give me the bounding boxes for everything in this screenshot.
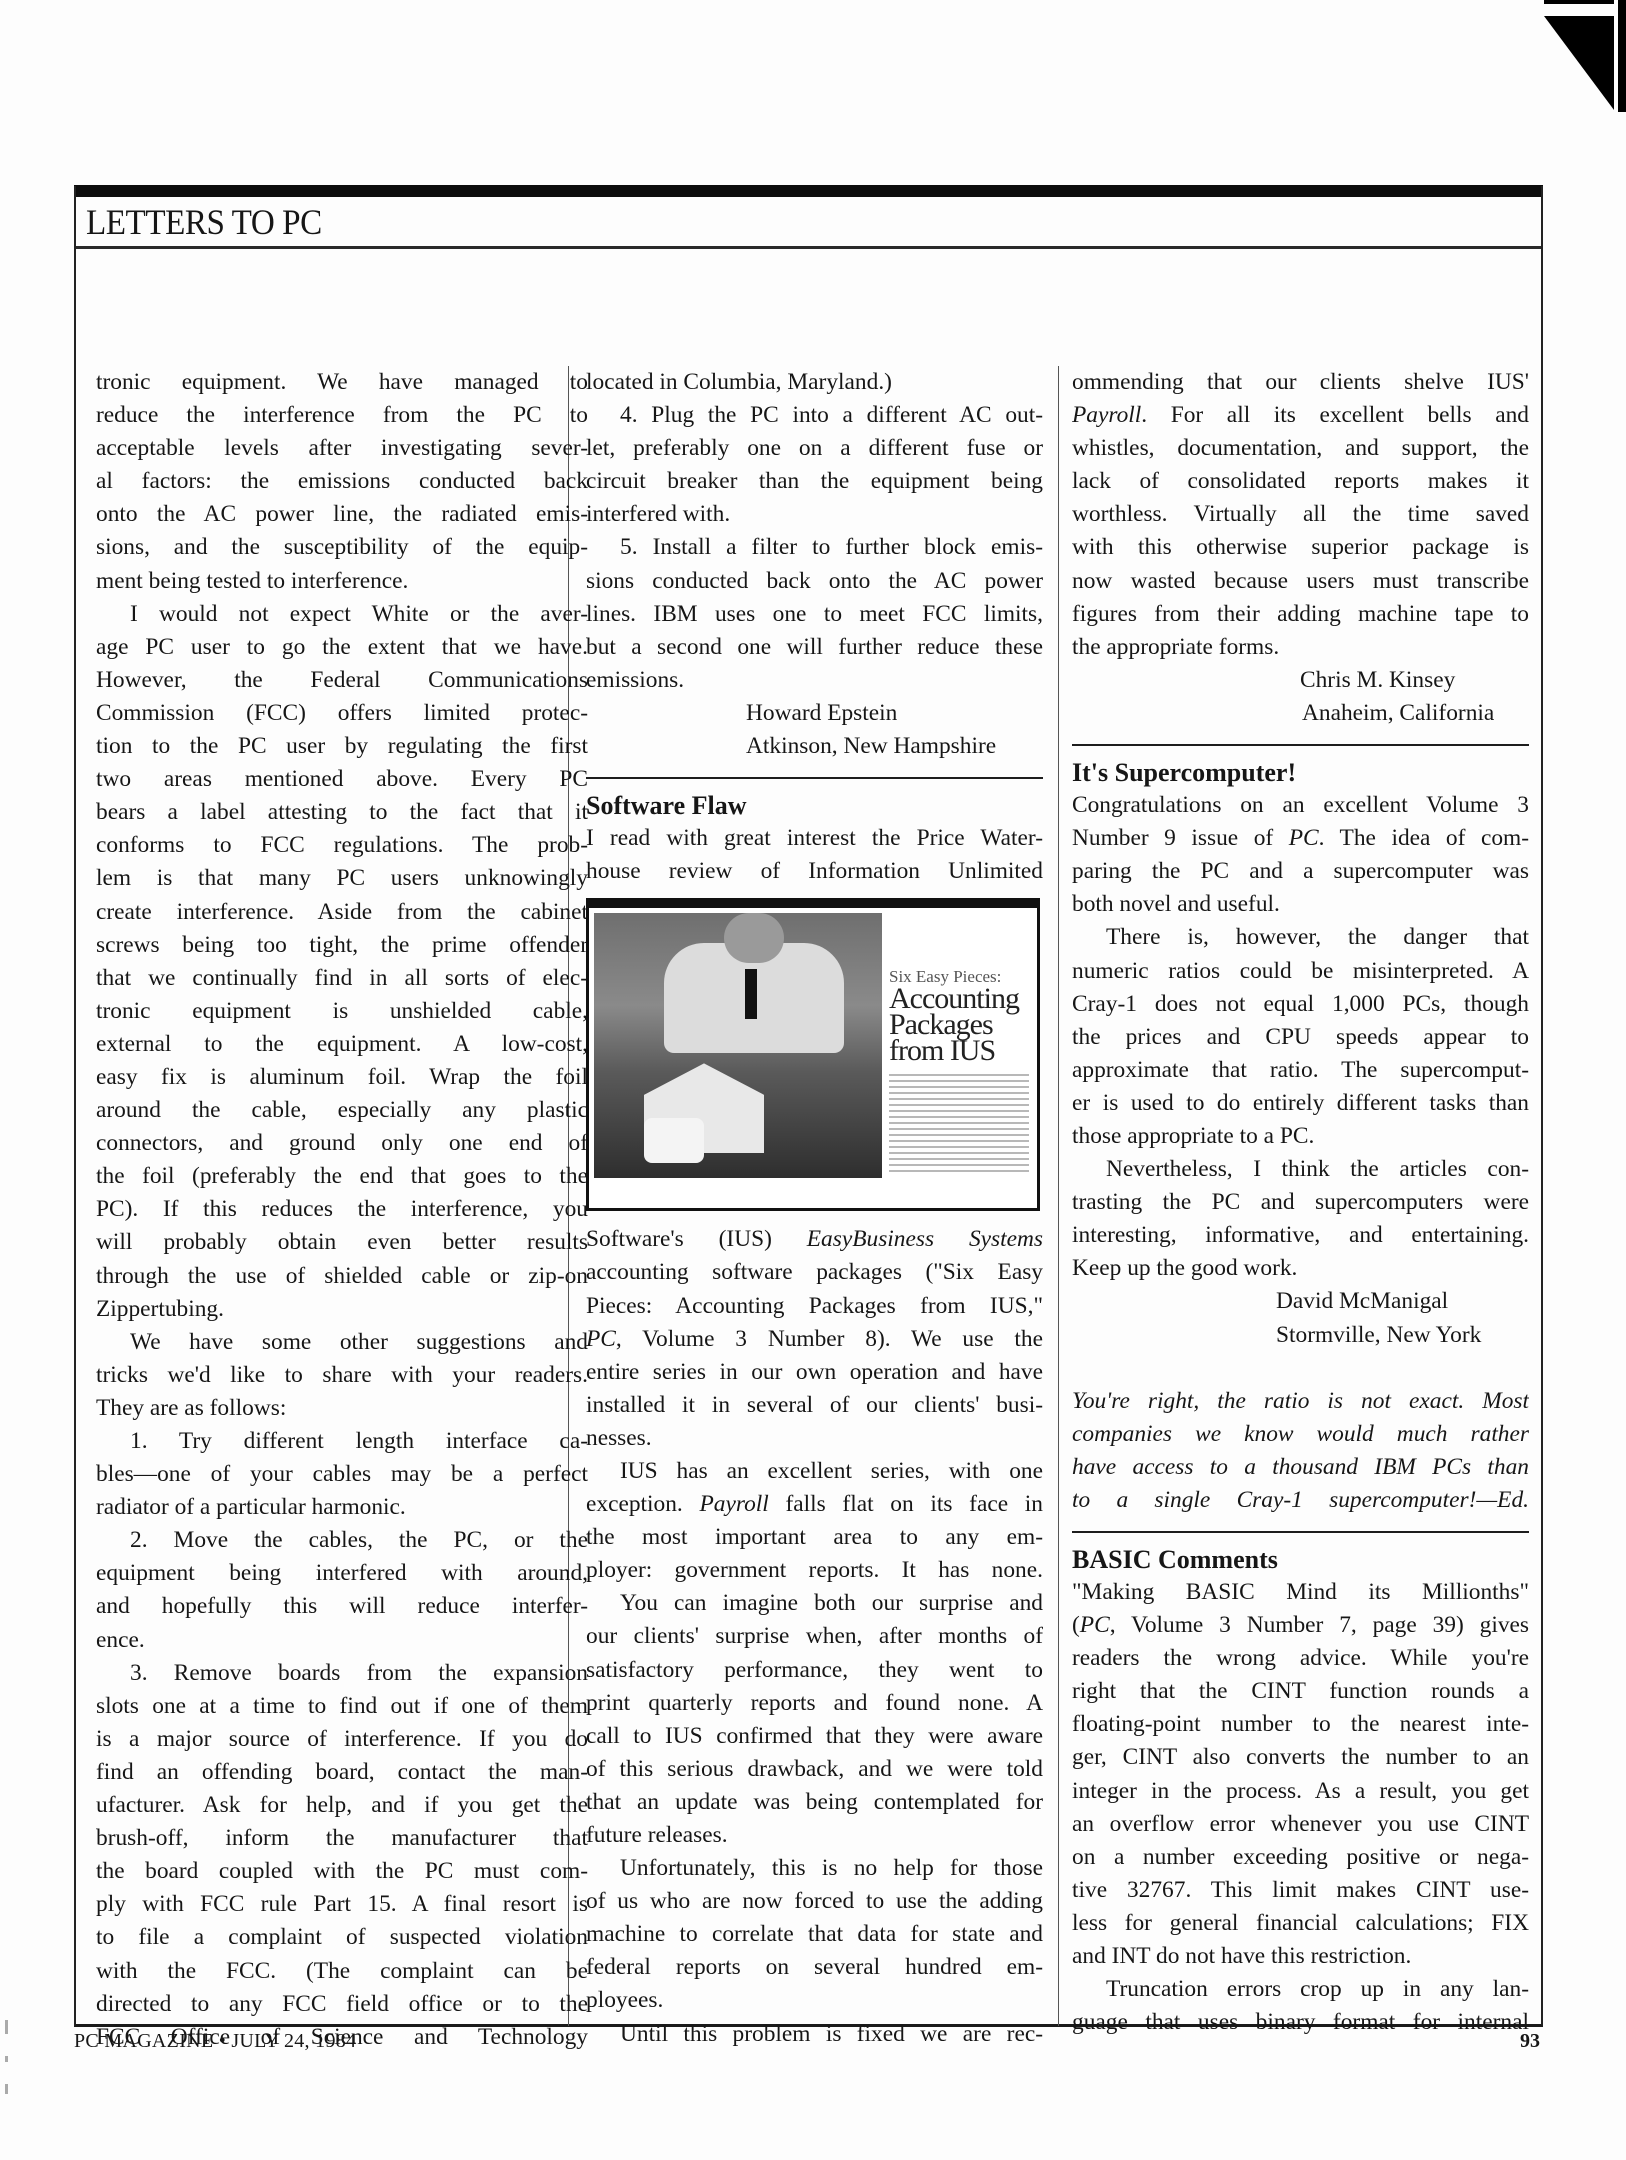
text-line: conforms to FCC regulations. The prob- [96,829,588,862]
text-line: with the FCC. (The complaint can be [96,1955,588,1988]
text-run: , Volume 3 Number 8). We use the [616,1326,1043,1352]
column-divider [1058,366,1059,2026]
scan-margin-marks [5,2020,8,2116]
man-head [724,913,784,963]
text-line: satisfactory performance, they went to [586,1654,1043,1687]
text-line: easy fix is aluminum foil. Wrap the foil [96,1061,588,1094]
text-line: equipment being interfered with around, [96,1557,588,1590]
text-line: federal reports on several hundred em- [586,1951,1043,1984]
italic-title: PC [1289,825,1319,851]
text-line: ence. [96,1624,588,1657]
text-line: trasting the PC and supercomputers were [1072,1186,1529,1219]
text-line: tricks we'd like to share with your read… [96,1359,588,1392]
text-line: brush-off, inform the manufacturer that [96,1822,588,1855]
text-line: guage that uses binary format for intern… [1072,2006,1529,2039]
text-line: emissions. [586,664,1043,697]
letter-heading: It's Supercomputer! [1072,756,1529,789]
text-line: sions, and the susceptibility of the equ… [96,531,588,564]
text-line: "Making BASIC Mind its Millionths" [1072,1576,1529,1609]
text-line: (PC, Volume 3 Number 7, page 39) gives [1072,1609,1529,1642]
text-line: and hopefully this will reduce interfer- [96,1590,588,1623]
text-line: around the cable, especially any plastic [96,1094,588,1127]
text-line: ployer: government reports. It has none. [586,1554,1043,1587]
text-line: with this otherwise superior package is [1072,531,1529,564]
text-line: worthless. Virtually all the time saved [1072,498,1529,531]
letter-divider [1072,744,1529,746]
text-run: exception. [586,1491,699,1517]
article-thumbnail-image: Six Easy Pieces: Accounting Packages fro… [586,898,1040,1211]
text-line: exception. Payroll falls flat on its fac… [586,1488,1043,1521]
text-line: connectors, and ground only one end of [96,1127,588,1160]
text-line: approximate that ratio. The supercomput- [1072,1054,1529,1087]
text-line: Keep up the good work. [1072,1252,1529,1285]
text-line: call to IUS confirmed that they were awa… [586,1720,1043,1753]
text-run: ( [1072,1612,1080,1638]
text-line: of this serious drawback, and we were to… [586,1753,1043,1786]
text-line: will probably obtain even better results [96,1226,588,1259]
text-line: al factors: the emissions conducted back [96,465,588,498]
text-line: and INT do not have this restriction. [1072,1940,1529,1973]
text-run: , Volume 3 Number 7, page 39) gives [1110,1612,1529,1638]
text-line: of us who are now forced to use the addi… [586,1885,1043,1918]
text-line: However, the Federal Communications [96,664,588,697]
text-line: that we continually find in all sorts of… [96,962,588,995]
text-line: nesses. [586,1422,1043,1455]
text-line: lines. IBM uses one to meet FCC limits, [586,598,1043,631]
text-line: readers the wrong advice. While you're [1072,1642,1529,1675]
signature-location: Anaheim, California [1072,697,1529,730]
text-line: the prices and CPU speeds appear to [1072,1021,1529,1054]
text-line: Nevertheless, I think the articles con- [1072,1153,1529,1186]
text-line: tronic equipment is unshielded cable, [96,995,588,1028]
text-line: I read with great interest the Price Wat… [586,822,1043,855]
text-line: You can imagine both our surprise and [586,1587,1043,1620]
text-line: reduce the interference from the PC to [96,399,588,432]
text-line: house review of Information Unlimited [586,855,1043,888]
text-line: ommending that our clients shelve IUS' [1072,366,1529,399]
scan-mark [5,2084,8,2094]
text-line: Software's (IUS) EasyBusiness Systems [586,1223,1043,1256]
thumbnail-headline: Accounting Packages from IUS [889,986,1029,1064]
text-line: whistles, documentation, and support, th… [1072,432,1529,465]
scan-mark [5,2056,8,2062]
column-1: tronic equipment. We have managed to red… [96,366,588,2054]
text-line: our clients' surprise when, after months… [586,1620,1043,1653]
illustration-photo [594,913,882,1178]
text-line: to file a complaint of suspected violati… [96,1921,588,1954]
text-line: bears a label attesting to the fact that… [96,796,588,829]
text-line: directed to any FCC field office or to t… [96,1988,588,2021]
text-line: Until this problem is fixed we are rec- [586,2018,1043,2051]
text-line: bles—one of your cables may be a perfect [96,1458,588,1491]
italic-title: Payroll [699,1491,768,1517]
text-line: onto the AC power line, the radiated emi… [96,498,588,531]
signature-name: Howard Epstein [586,697,1043,730]
text-line: now wasted because users must transcribe [1072,565,1529,598]
text-line: er is used to do entirely different task… [1072,1087,1529,1120]
italic-title: PC [1080,1612,1110,1638]
text-line: floating-point number to the nearest int… [1072,1708,1529,1741]
text-line: ployees. [586,1984,1043,2017]
text-line: but a second one will further reduce the… [586,631,1043,664]
text-line: age PC user to go the extent that we hav… [96,631,588,664]
text-line: Commission (FCC) offers limited protec- [96,697,588,730]
column-2: located in Columbia, Maryland.) 4. Plug … [586,366,1043,2051]
text-line: the board coupled with the PC must com- [96,1855,588,1888]
text-line: There is, however, the danger that [1072,921,1529,954]
text-line: We have some other suggestions and [96,1326,588,1359]
text-line: numeric ratios could be misinterpreted. … [1072,955,1529,988]
text-line: two areas mentioned above. Every PC [96,763,588,796]
text-line: acceptable levels after investigating se… [96,432,588,465]
text-line: They are as follows: [96,1392,588,1425]
signature-name: Chris M. Kinsey [1072,664,1529,697]
text-line: entire series in our own operation and h… [586,1356,1043,1389]
text-line: Truncation errors crop up in any lan- [1072,1973,1529,2006]
editor-reply-line: have access to a thousand IBM PCs than [1072,1451,1529,1484]
text-line: I would not expect White or the aver- [96,598,588,631]
text-line: ply with FCC rule Part 15. A final resor… [96,1888,588,1921]
text-line: interfered with. [586,498,1043,531]
text-line: ment being tested to interference. [96,565,588,598]
text-line: both novel and useful. [1072,888,1529,921]
text-line: Cray-1 does not equal 1,000 PCs, though [1072,988,1529,1021]
text-run: Number 9 issue of [1072,825,1289,851]
text-line: radiator of a particular harmonic. [96,1491,588,1524]
text-run: falls flat on its face in [769,1491,1043,1517]
text-line: screws being too tight, the prime offend… [96,929,588,962]
section-title: LETTERS TO PC [86,200,322,244]
italic-title: Payroll [1072,402,1141,428]
page-number: 93 [1520,2030,1540,2053]
text-line: slots one at a time to find out if one o… [96,1690,588,1723]
column-3: ommending that our clients shelve IUS' P… [1072,366,1529,2039]
title-divider [76,246,1541,249]
man-tie [745,969,757,1019]
text-line: print quarterly reports and found none. … [586,1687,1043,1720]
text-line: Congratulations on an excellent Volume 3 [1072,789,1529,822]
italic-title: EasyBusiness Systems [807,1226,1043,1252]
text-line: interesting, informative, and entertaini… [1072,1219,1529,1252]
text-line: let, preferably one on a different fuse … [586,432,1043,465]
corner-triangle-mark-icon [1522,0,1626,112]
text-line: less for general financial calculations;… [1072,1907,1529,1940]
text-line: PC). If this reduces the interference, y… [96,1193,588,1226]
text-line: on a number exceeding positive or nega- [1072,1841,1529,1874]
text-line: ufacturer. Ask for help, and if you get … [96,1789,588,1822]
text-line: lack of consolidated reports makes it [1072,465,1529,498]
text-line: right that the CINT function rounds a [1072,1675,1529,1708]
text-line: the appropriate forms. [1072,631,1529,664]
italic-title: PC [586,1326,616,1352]
text-line: paring the PC and a supercomputer was [1072,855,1529,888]
text-line: 4. Plug the PC into a different AC out- [586,399,1043,432]
text-line: lem is that many PC users unknowingly [96,862,588,895]
text-run: Software's (IUS) [586,1226,807,1252]
text-line: 3. Remove boards from the expansion [96,1657,588,1690]
text-line: find an offending board, contact the man… [96,1756,588,1789]
signature-name: David McManigal [1072,1285,1529,1318]
letter-heading: Software Flaw [586,789,1043,822]
text-line: IUS has an excellent series, with one [586,1455,1043,1488]
text-line: future releases. [586,1819,1043,1852]
text-line: Unfortunately, this is no help for those [586,1852,1043,1885]
letter-heading: BASIC Comments [1072,1543,1529,1576]
text-line: the foil (preferably the end that goes t… [96,1160,588,1193]
text-line: tronic equipment. We have managed to [96,366,588,399]
van-figure [644,1118,704,1163]
text-line: Payroll. For all its excellent bells and [1072,399,1529,432]
letter-divider [1072,1531,1529,1533]
text-line: accounting software packages ("Six Easy [586,1256,1043,1289]
text-line: Zippertubing. [96,1293,588,1326]
text-line: through the use of shielded cable or zip… [96,1260,588,1293]
text-line: Pieces: Accounting Packages from IUS," [586,1290,1043,1323]
editor-reply-line: companies we know would much rather [1072,1418,1529,1451]
thumbnail-text: Six Easy Pieces: Accounting Packages fro… [889,938,1029,1174]
text-line: create interference. Aside from the cabi… [96,896,588,929]
footer-publication: PC MAGAZINE • JULY 24, 1984 [74,2030,356,2053]
text-line: 5. Install a filter to further block emi… [586,531,1043,564]
text-line: Number 9 issue of PC. The idea of com- [1072,822,1529,855]
text-line: tion to the PC user by regulating the fi… [96,730,588,763]
scan-mark [5,2020,8,2034]
text-line: PC, Volume 3 Number 8). We use the [586,1323,1043,1356]
text-line: figures from their adding machine tape t… [1072,598,1529,631]
text-line: ger, CINT also converts the number to an [1072,1741,1529,1774]
text-line: the most important area to any em- [586,1521,1043,1554]
text-line: external to the equipment. A low-cost, [96,1028,588,1061]
signature-location: Stormville, New York [1072,1319,1529,1352]
text-run: . The idea of com- [1319,825,1529,851]
spacer [1072,1352,1529,1385]
signature-location: Atkinson, New Hampshire [586,730,1043,763]
text-line: that an update was being contemplated fo… [586,1786,1043,1819]
editor-reply-line: You're right, the ratio is not exact. Mo… [1072,1385,1529,1418]
text-line: 2. Move the cables, the PC, or the [96,1524,588,1557]
text-line: circuit breaker than the equipment being [586,465,1043,498]
text-line: located in Columbia, Maryland.) [586,366,1043,399]
text-run: . For all its excellent bells and [1141,402,1529,428]
text-line: installed it in several of our clients' … [586,1389,1043,1422]
text-line: is a major source of interference. If yo… [96,1723,588,1756]
text-line: 1. Try different length interface ca- [96,1425,588,1458]
letter-divider [586,777,1043,779]
text-line: those appropriate to a PC. [1072,1120,1529,1153]
text-line: tive 32767. This limit makes CINT use- [1072,1874,1529,1907]
thumbnail-body-lines [889,1074,1029,1174]
editor-reply-line: to a single Cray-1 supercomputer!—Ed. [1072,1484,1529,1517]
text-line: integer in the process. As a result, you… [1072,1775,1529,1808]
text-line: machine to correlate that data for state… [586,1918,1043,1951]
text-line: sions conducted back onto the AC power [586,565,1043,598]
text-line: an overflow error whenever you use CINT [1072,1808,1529,1841]
